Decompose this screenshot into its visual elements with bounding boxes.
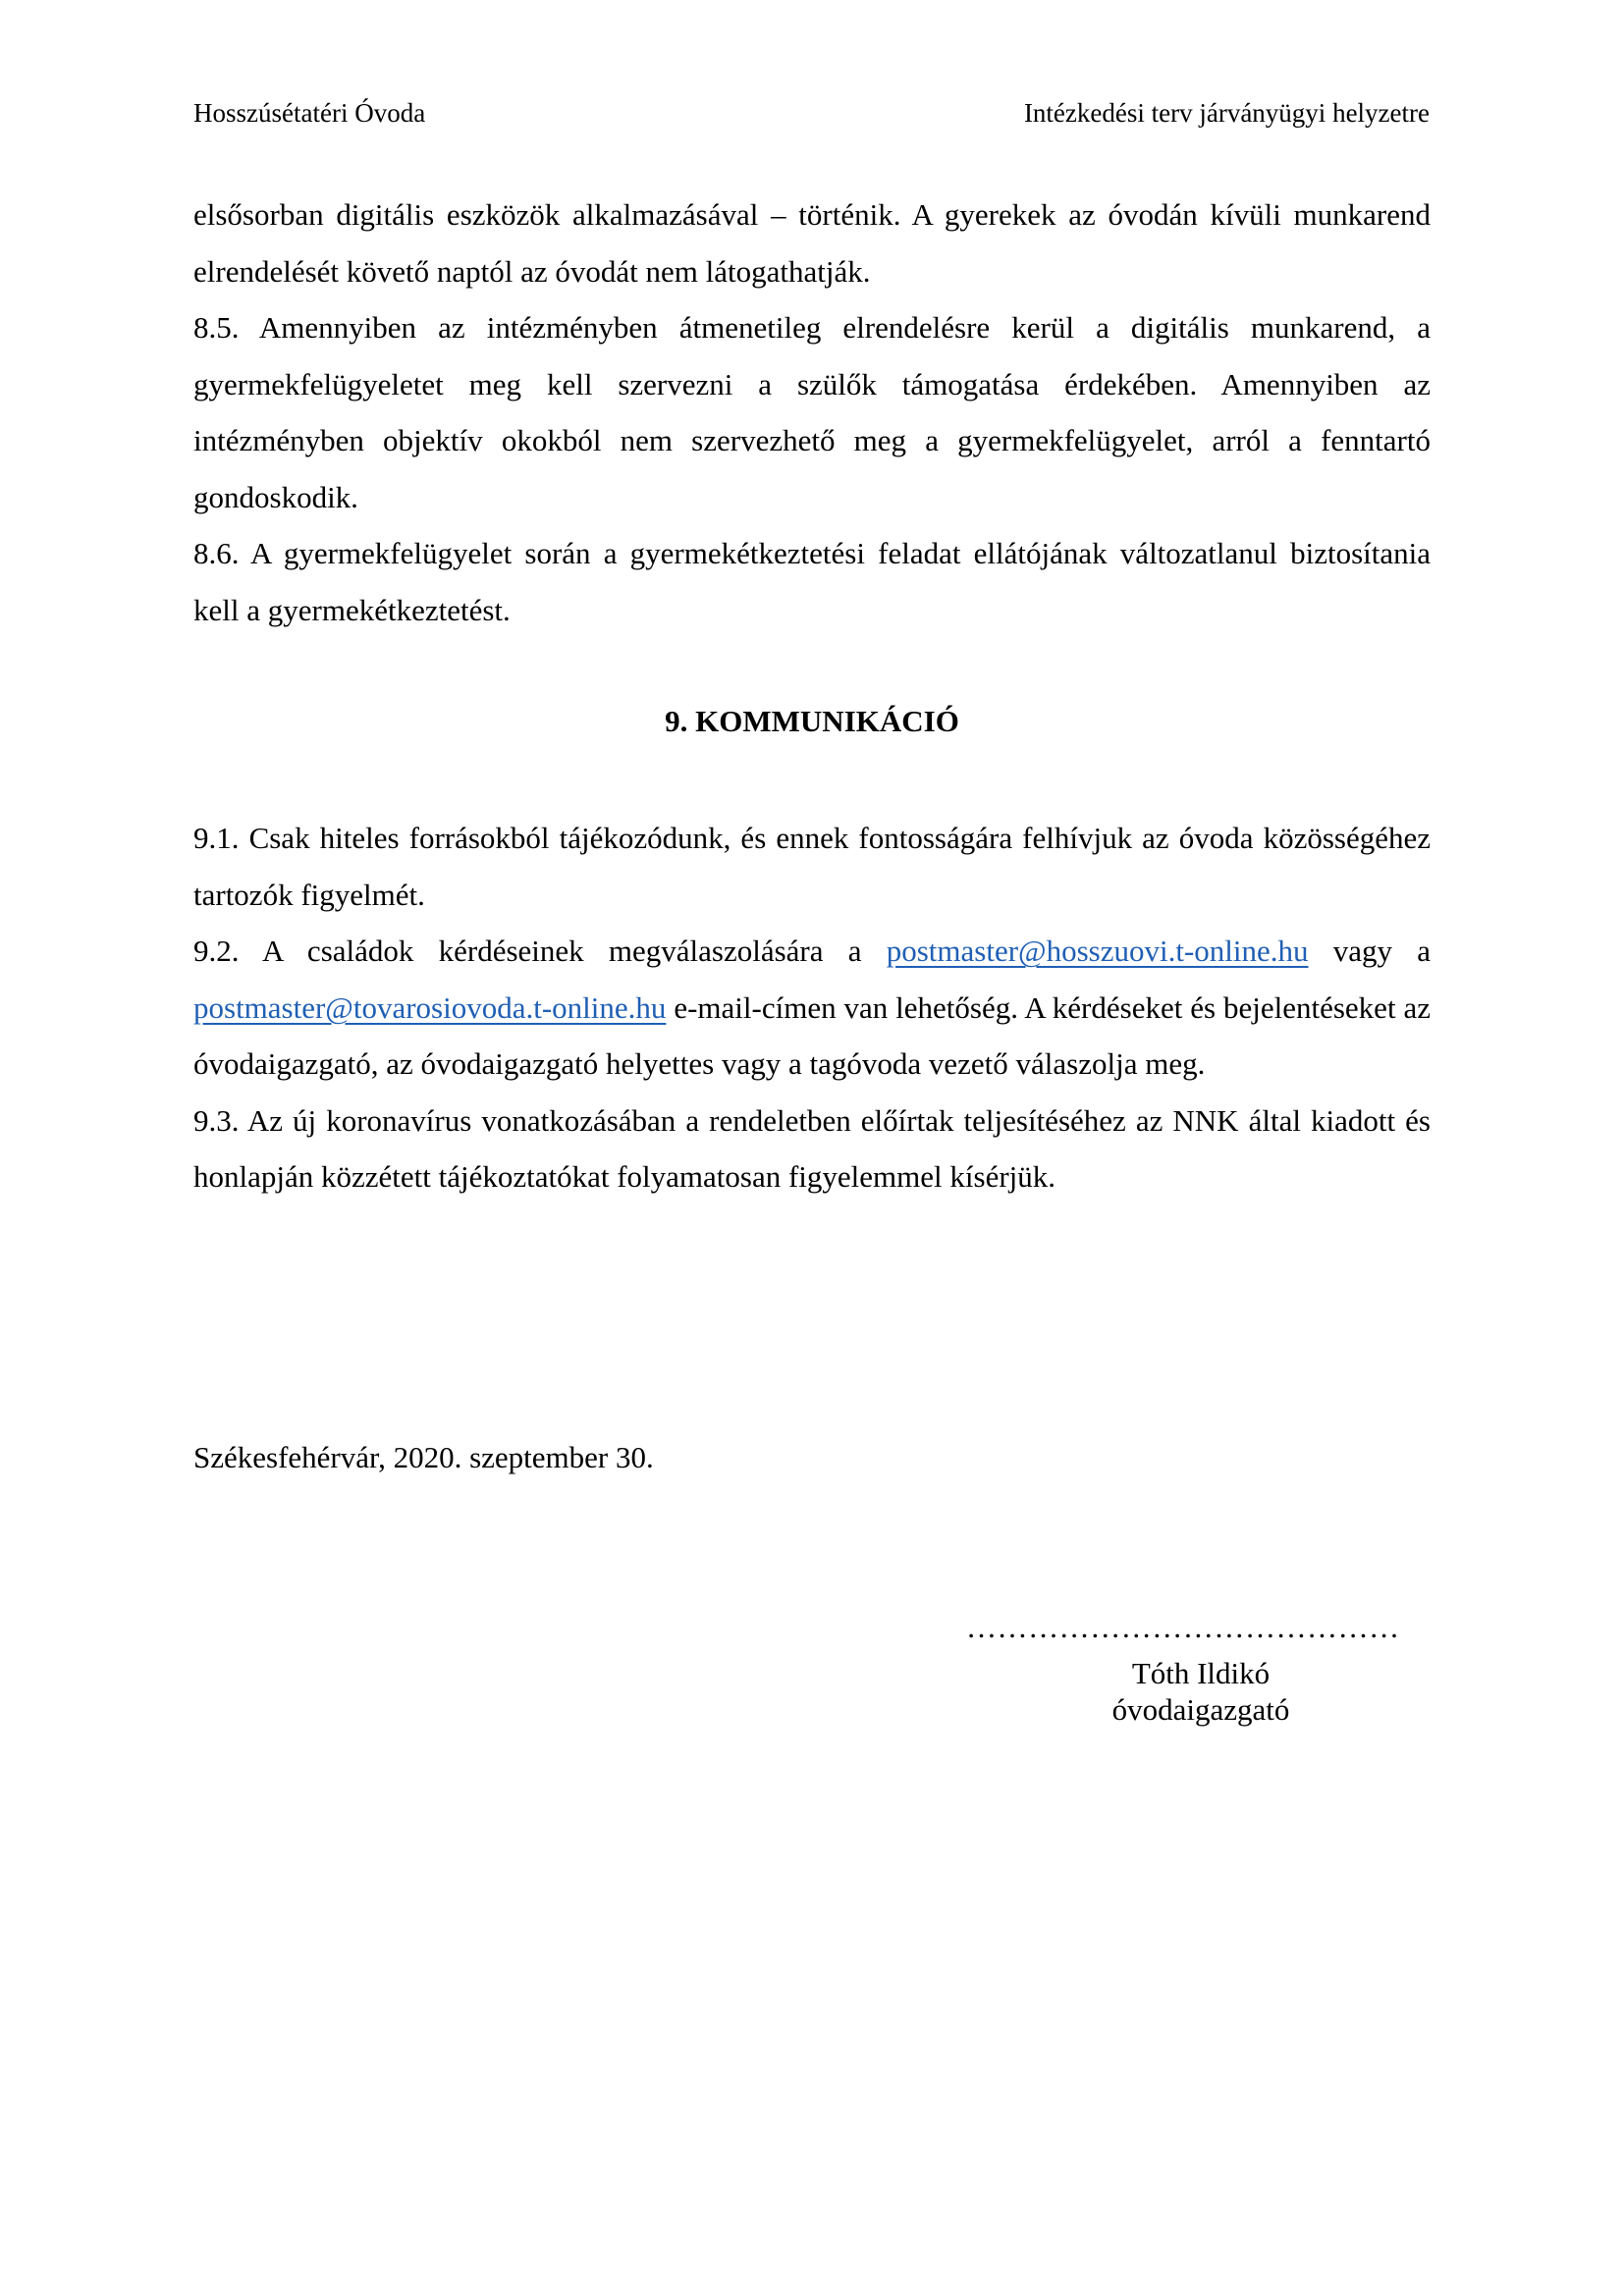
paragraph-9-2: 9.2. A családok kérdéseinek megválaszolá… xyxy=(193,923,1431,1093)
section-9: 9.1. Csak hiteles forrásokból tájékozódu… xyxy=(193,810,1431,1205)
running-header: Hosszúsétatéri Óvoda Intézkedési terv já… xyxy=(193,96,1430,130)
paragraph-9-2-text-start: 9.2. A családok kérdéseinek megválaszolá… xyxy=(193,934,887,968)
place-and-date: Székesfehérvár, 2020. szeptember 30. xyxy=(193,1438,654,1477)
paragraph-9-2-text-mid: vagy a xyxy=(1309,934,1431,968)
paragraph-8-5: 8.5. Amennyiben az intézményben átmeneti… xyxy=(193,299,1431,525)
section-8-continued: elsősorban digitális eszközök alkalmazás… xyxy=(193,187,1431,638)
signature-line: …………………………………… xyxy=(966,1608,1428,1647)
header-institution: Hosszúsétatéri Óvoda xyxy=(193,96,425,130)
section-9-heading: 9. KOMMUNIKÁCIÓ xyxy=(193,702,1431,741)
header-document-title: Intézkedési terv járványügyi helyzetre xyxy=(1024,96,1430,130)
paragraph-9-1: 9.1. Csak hiteles forrásokból tájékozódu… xyxy=(193,810,1431,923)
email-link-hosszuovi[interactable]: postmaster@hosszuovi.t-online.hu xyxy=(887,934,1309,968)
paragraph-8-4-continued: elsősorban digitális eszközök alkalmazás… xyxy=(193,187,1431,299)
email-link-tovarosiovoda[interactable]: postmaster@tovarosiovoda.t-online.hu xyxy=(193,990,666,1025)
document-page: Hosszúsétatéri Óvoda Intézkedési terv já… xyxy=(0,0,1623,2296)
signer-title: óvodaigazgató xyxy=(1004,1690,1397,1730)
signer-name: Tóth Ildikó xyxy=(1004,1654,1397,1693)
paragraph-9-3: 9.3. Az új koronavírus vonatkozásában a … xyxy=(193,1093,1431,1205)
paragraph-8-6: 8.6. A gyermekfelügyelet során a gyermek… xyxy=(193,525,1431,638)
